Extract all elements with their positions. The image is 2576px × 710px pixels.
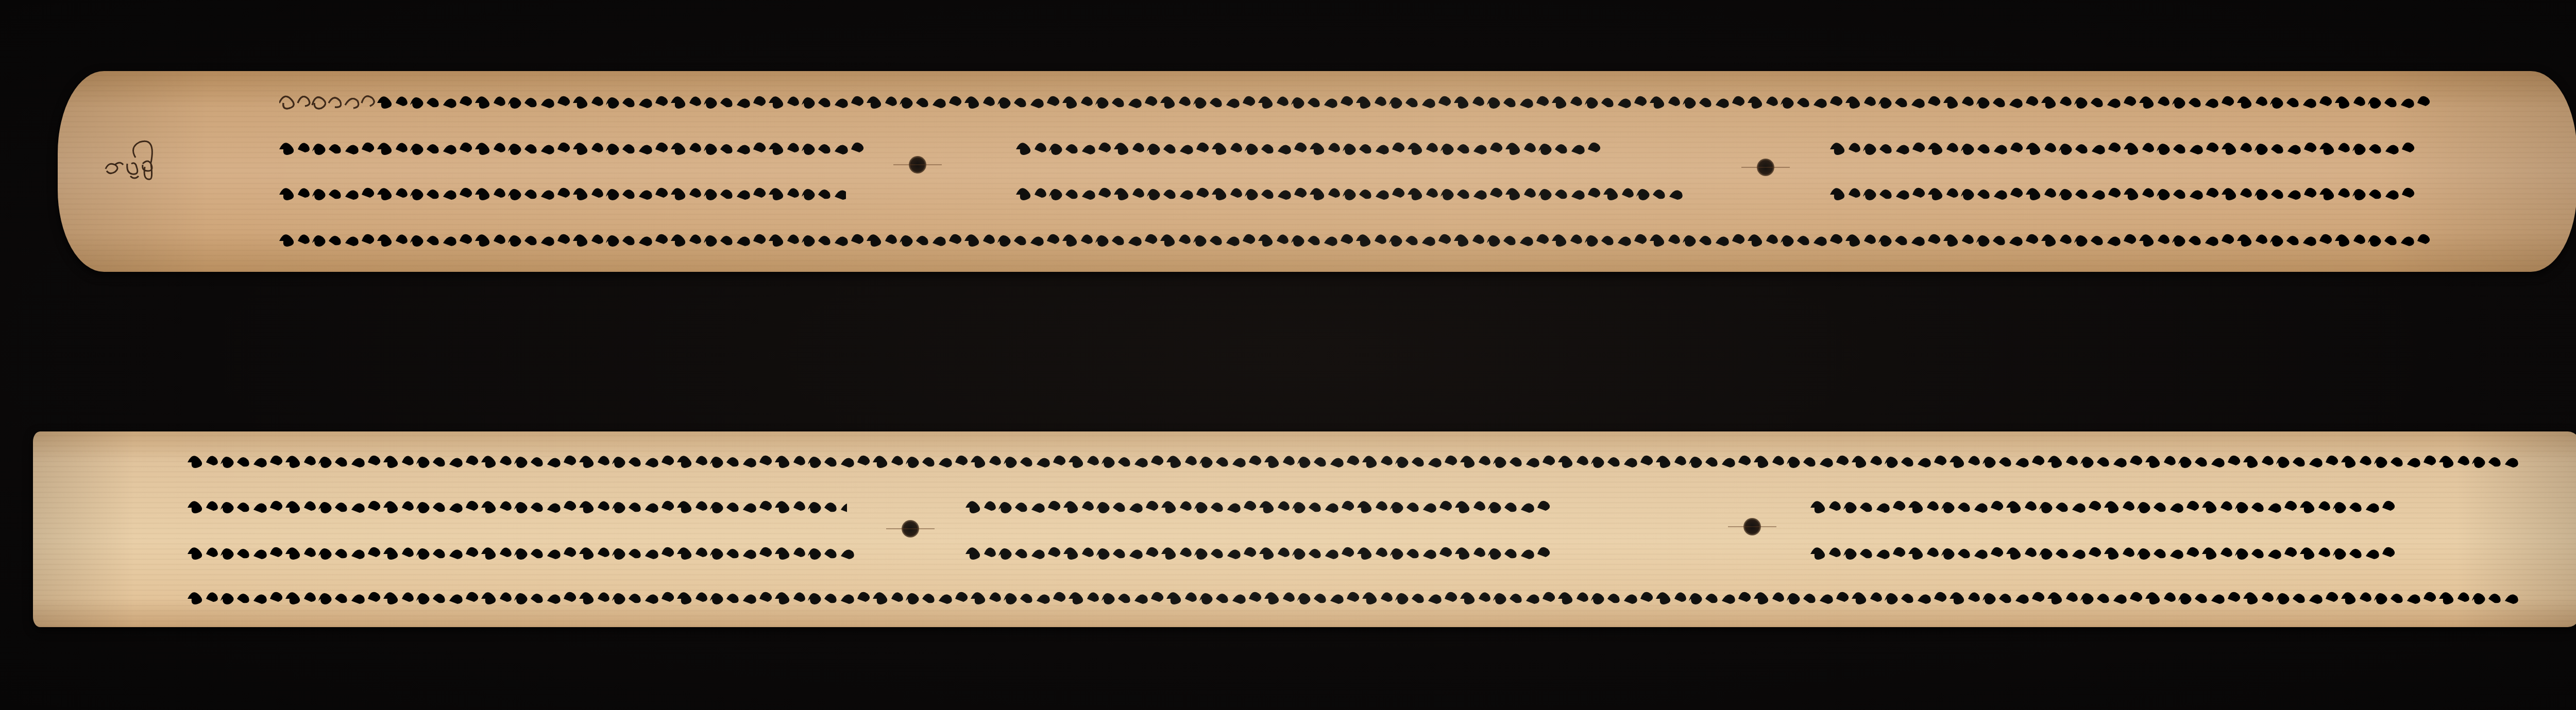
manuscript-line-2c bbox=[1830, 129, 2433, 165]
manuscript-line-2a: ᬓᬸᬭᬶᬓᬾᬢᬾᬢᬾᬲ ᬯᬶᬓᬶᬦ ᬦᬸᬲᬭᬸᬓᬸ ᬳᬾᬢᬩᬾᬲᬦ᭄ ... ᬤ… bbox=[188, 487, 847, 523]
string-hole-right bbox=[1757, 159, 1774, 176]
palm-leaf-manuscript-top: ᬓᬮᬶ ᬳᬸᬄ ᬦᬫᬲᬶᬤᬾᬯᬬ ᬧᬗᬓ᭄ᬱᬫᬦ᭄ ᬲᬶᬦᬵᬕ ᬤᬸᬃᬕ ᬭᬗ᭄… bbox=[58, 71, 2576, 272]
manuscript-line-1: ᬓ᭄ᬮᬯ᭄ ᬲᬾᬢᬾᬤᬶᬮᬦ᭄ ᬤᬭᬶᬳᬶᬦ ᬧᬓᬬᬲ ᬧᬸᬢᬶᬦ᭄ ᬓᬧᬶᬢ … bbox=[188, 442, 2521, 478]
manuscript-line-1: ᬳᬸᬄ ᬦᬫᬲᬶᬤᬾᬯᬬ ᬧᬗᬓ᭄ᬱᬫᬦ᭄ ᬲᬶᬦᬵᬕ ᬤᬸᬃᬕ ᬭᬗ᭄ᬤᬬᬸ … bbox=[279, 82, 2433, 118]
string-hole-left bbox=[909, 156, 926, 174]
script-glyphs bbox=[1810, 487, 2403, 523]
script-glyphs bbox=[279, 82, 2433, 118]
manuscript-line-3a: ᬯᬶᬓᬸᬓ᭄ ᬓᬶᬦᬶᬦᬸ ᬲᬸᬭᬬᬲ ᬫᬦᬢᬦᬶᬦ ... ᬗᬸᬦᬾᬓ ᬧᬸᬢ… bbox=[188, 533, 857, 569]
script-glyphs bbox=[1830, 129, 2433, 165]
script-glyphs bbox=[965, 487, 1609, 523]
manuscript-line-3a: ᬳᬸᬮᬸᬦ᭄ ᬕᬸᬲ᭄ᬢᬶ ᬯᬶᬦᬢᬢ ᬗᬸᬦᬾᬓ᭄ᬲ ... ᬤᬢᬶᬫ᭄ᬧᬸᬦ… bbox=[279, 174, 846, 210]
manuscript-line-2c bbox=[1810, 487, 2403, 523]
manuscript-line-3b bbox=[965, 533, 1609, 569]
manuscript-line-2b bbox=[1016, 129, 1650, 165]
manuscript-line-3b bbox=[1016, 174, 1686, 210]
script-glyphs bbox=[965, 533, 1609, 569]
palm-leaf-manuscript-bottom: ᬓ᭄ᬮᬯ᭄ ᬲᬾᬢᬾᬤᬶᬮᬦ᭄ ᬤᬭᬶᬳᬶᬦ ᬧᬓᬬᬲ ᬧᬸᬢᬶᬦ᭄ ᬓᬧᬶᬢ … bbox=[33, 431, 2576, 627]
manuscript-line-3c bbox=[1830, 174, 2433, 210]
string-hole-left bbox=[902, 520, 919, 538]
script-glyphs bbox=[279, 129, 872, 165]
script-glyphs bbox=[188, 442, 2521, 478]
script-glyphs bbox=[188, 487, 847, 523]
manuscript-line-2b bbox=[965, 487, 1609, 523]
script-glyphs bbox=[279, 174, 846, 210]
script-glyphs bbox=[188, 533, 857, 569]
manuscript-line-2a: ᬯᬶᬓᬲᬶᬩᬦ᭄ ᬳᬢᬶ ᬳᬦᬾᬳᬾ ᬢᬸᬦ᭄ᬤᬸᬦ ᬳᬾᬗᬶᬤᬶᬦ ᬳᬭᬢᬶᬭ… bbox=[279, 129, 872, 165]
string-hole-right bbox=[1743, 518, 1761, 535]
script-glyphs bbox=[1016, 129, 1650, 165]
script-glyphs bbox=[188, 578, 2521, 614]
script-glyphs bbox=[1016, 174, 1686, 210]
manuscript-line-4: ᬓᬶᬦ᭄ᬢᬶᬓ ᬧᬸᬢᬶᬦ᭄ ᬳᬤᬸᬫᬦ᭄ ᬲᬾᬓᬲᬶ ᬳᬶᬦᬶᬓᬬ ᬯᬢᬾᬓᬲ… bbox=[188, 578, 2521, 614]
manuscript-line-4: ᬩᬶᬩ᭄ᬭᬸᬧ᭄ᬢ ᬤᬸᬳᬶᬢᬾᬓ ᬚᬦᬕᬢ᭄ ᬳᬫᬢ᭄ᬬ ᬧᬸᬢᬭ ᬳᬲᬶᬂ … bbox=[279, 220, 2433, 256]
script-glyphs bbox=[279, 220, 2433, 256]
leaf-number-marking bbox=[101, 133, 163, 189]
manuscript-line-3c bbox=[1810, 533, 2403, 569]
script-glyphs bbox=[1810, 533, 2403, 569]
script-glyphs bbox=[1830, 174, 2433, 210]
